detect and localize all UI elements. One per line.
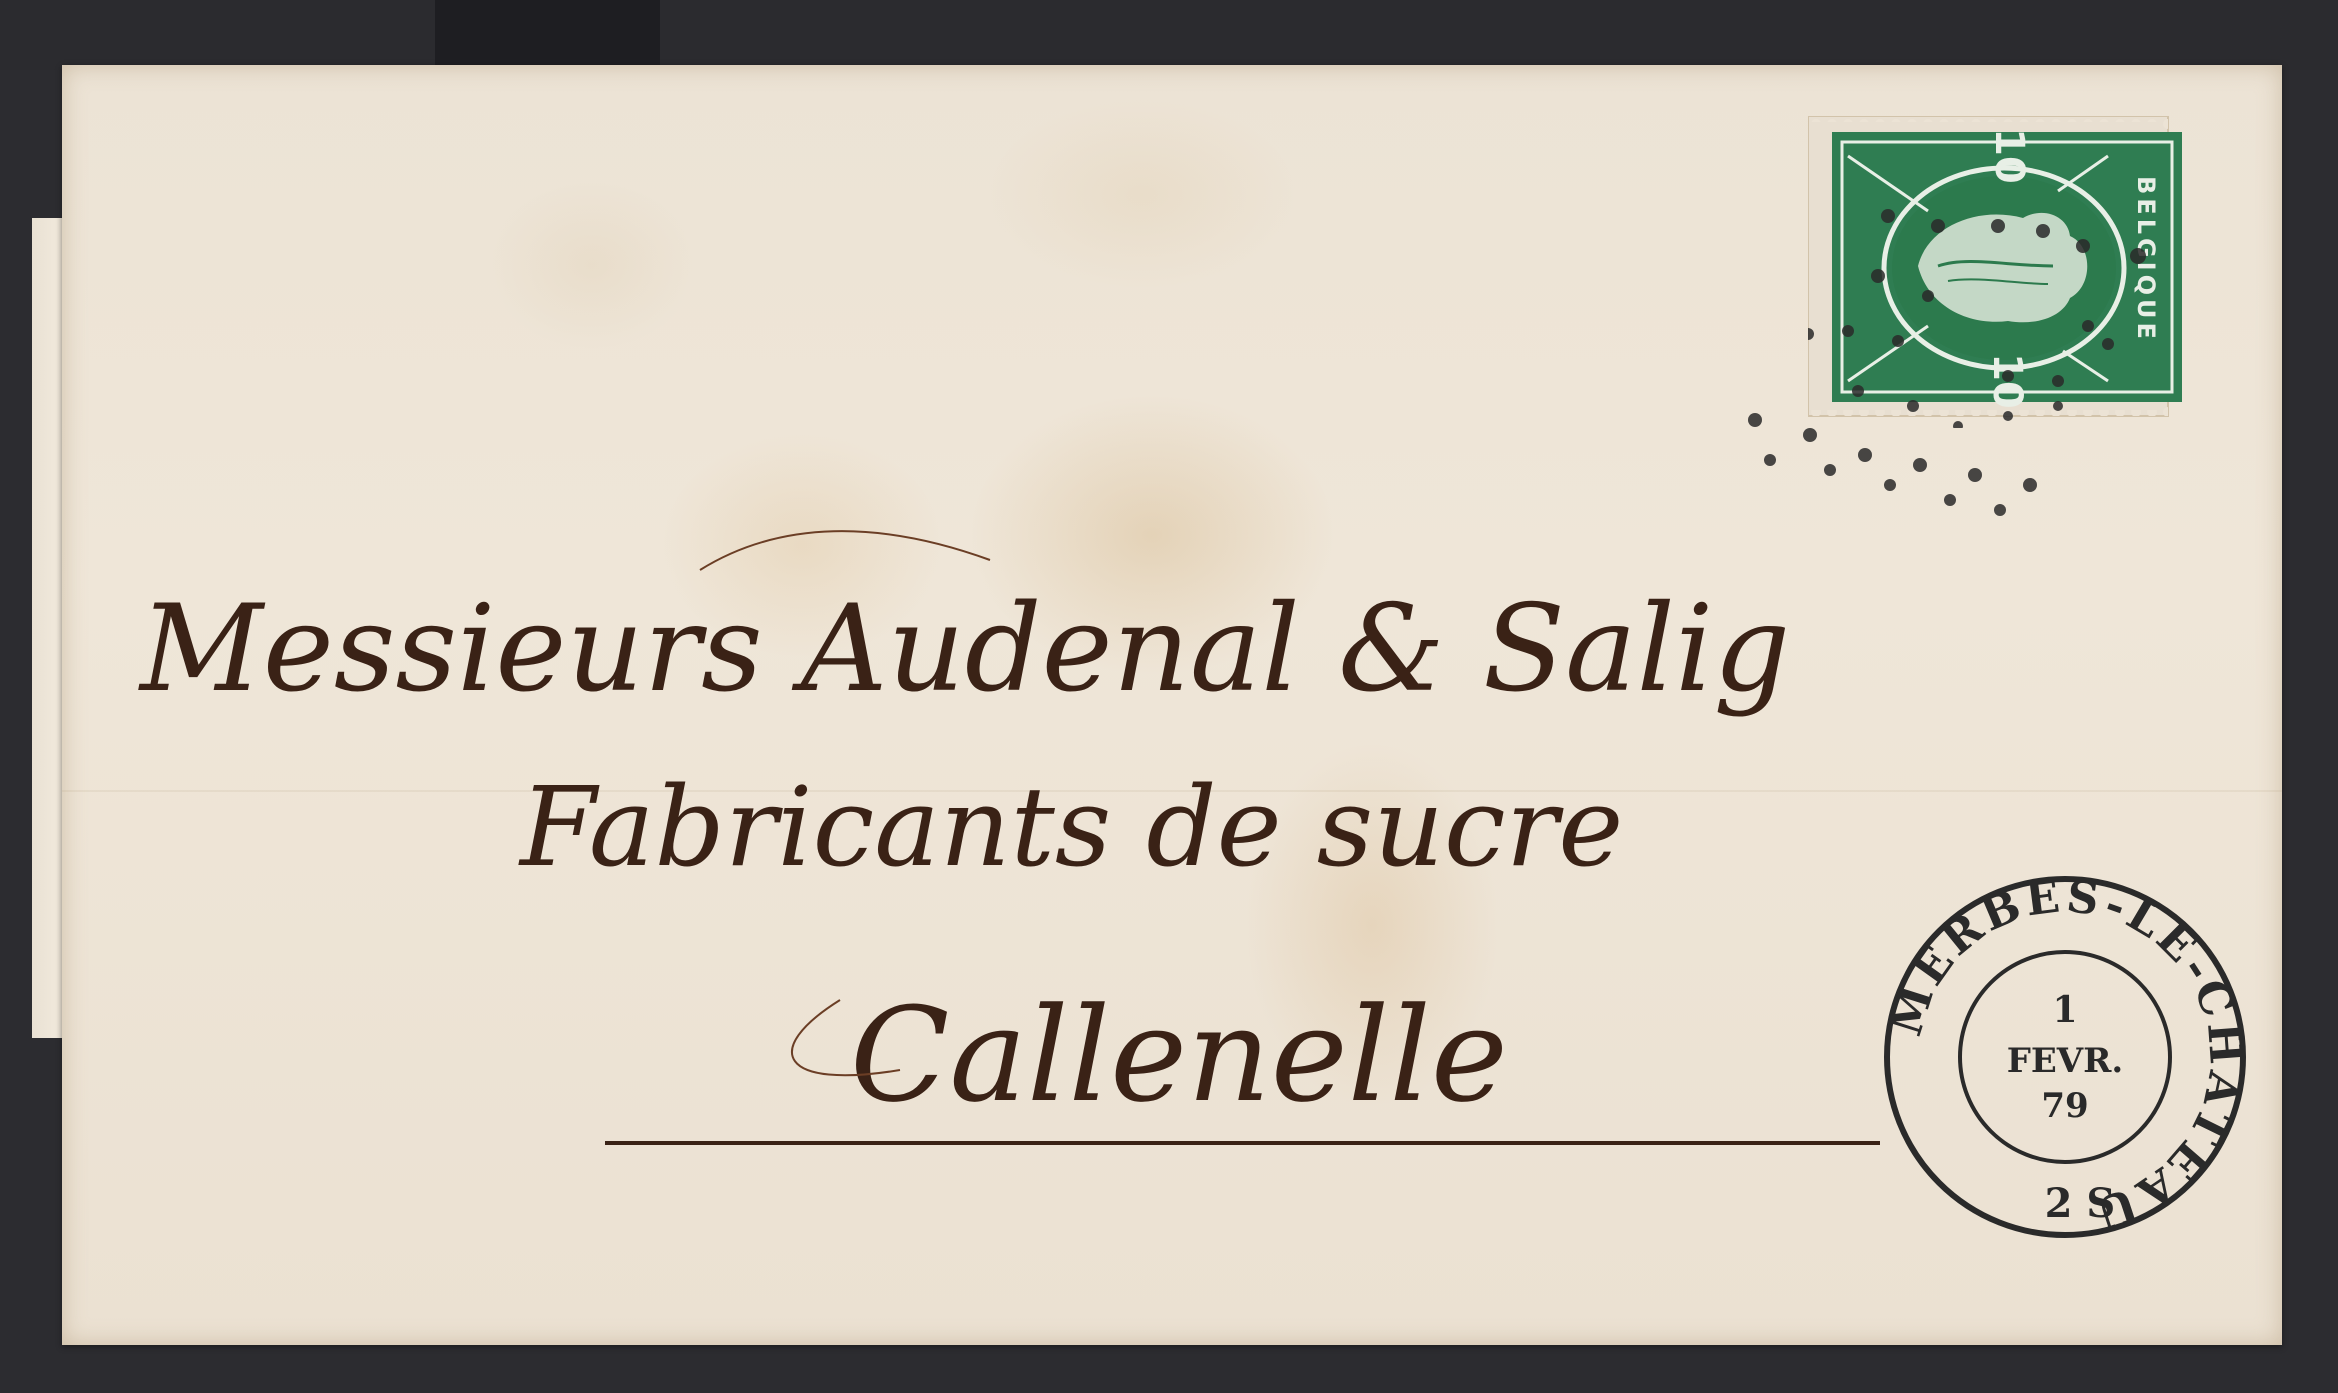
postmark-day: 1 <box>2052 989 2077 1031</box>
postmark-year: 79 <box>2041 1086 2088 1126</box>
postmark-time: 2 S <box>2045 1180 2116 1227</box>
postage-stamp: 10 10 BELGIQUE <box>1808 116 2188 428</box>
postmark-month: FEVR. <box>2007 1041 2124 1081</box>
fold-crease <box>62 790 2282 792</box>
svg-text:10: 10 <box>1986 128 2032 184</box>
background-patch <box>435 0 660 68</box>
background <box>0 0 2338 70</box>
circular-date-stamp: MERBES-LE-CHATEAU 1 FEVR. 79 2 S <box>1880 872 2250 1242</box>
cancellation-dots <box>1740 400 2080 520</box>
